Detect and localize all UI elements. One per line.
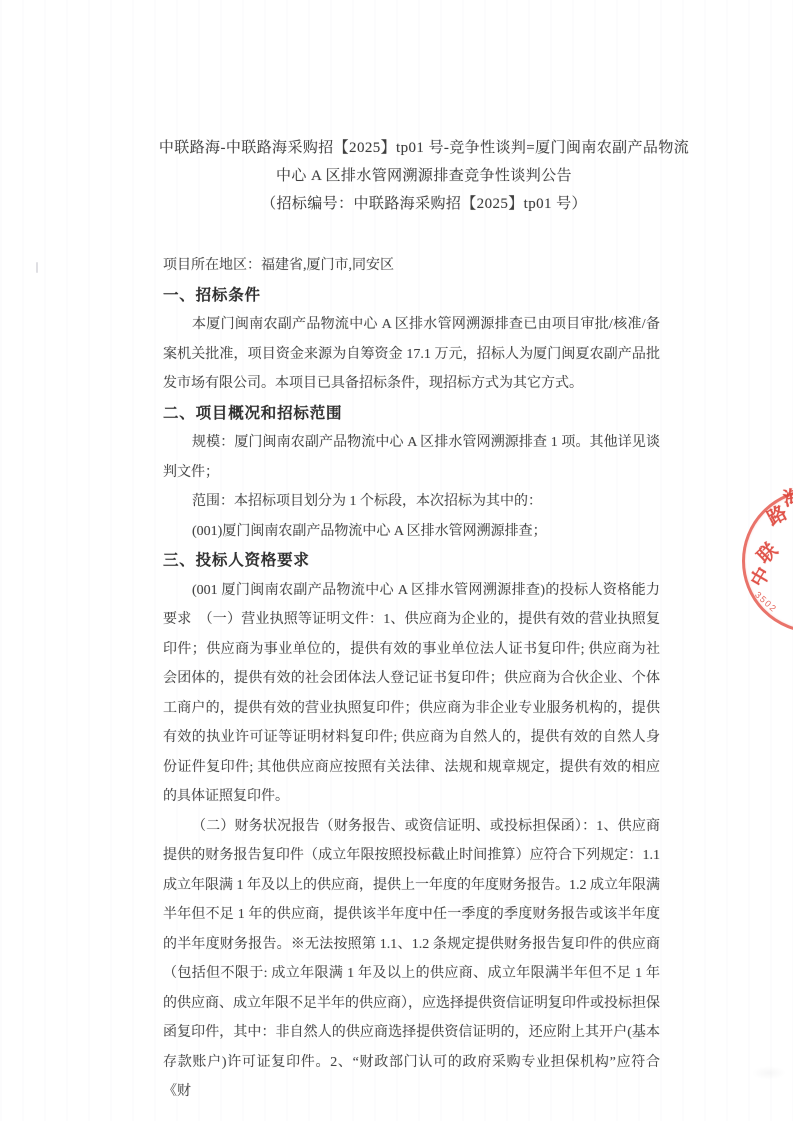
bid-number-line: （招标编号：中联路海采购招【2025】tp01 号） — [144, 190, 704, 218]
paragraph: 范围：本招标项目划分为 1 个标段，本次招标为其中的： — [163, 487, 660, 517]
document-title: 中联路海-中联路海采购招【2025】tp01 号-竞争性谈判=厦门闽南农副产品物… — [144, 134, 704, 218]
paragraph: 本厦门闽南农副产品物流中心 A 区排水管网溯源排查已由项目审批/核准/备案机关批… — [163, 310, 660, 399]
document-title-line-1: 中联路海-中联路海采购招【2025】tp01 号-竞争性谈判=厦门闽南农副产品物… — [144, 134, 704, 162]
document-page: 中联路海-中联路海采购招【2025】tp01 号-竞争性谈判=厦门闽南农副产品物… — [0, 0, 793, 1121]
section-heading: 一、招标条件 — [163, 281, 660, 311]
section-heading: 三、投标人资格要求 — [163, 546, 660, 576]
sections-container: 一、招标条件 本厦门闽南农副产品物流中心 A 区排水管网溯源排查已由项目审批/核… — [163, 281, 660, 1107]
paragraph: (001 厦门闽南农副产品物流中心 A 区排水管网溯源排查)的投标人资格能力要求… — [163, 576, 660, 812]
project-location: 项目所在地区：福建省,厦门市,同安区 — [163, 251, 660, 281]
scan-artifact — [752, 1066, 786, 1080]
document-title-line-2: 中心 A 区排水管网溯源排查竞争性谈判公告 — [144, 162, 704, 190]
document-body: 项目所在地区：福建省,厦门市,同安区 一、招标条件 本厦门闽南农副产品物流中心 … — [163, 251, 660, 1107]
paragraph: 规模：厦门闽南农副产品物流中心 A 区排水管网溯源排查 1 项。其他详见谈判文件… — [163, 428, 660, 487]
scan-artifact — [36, 262, 38, 273]
document-section-1: 一、招标条件 本厦门闽南农副产品物流中心 A 区排水管网溯源排查已由项目审批/核… — [163, 281, 660, 399]
document-section-2: 二、项目概况和招标范围 规模：厦门闽南农副产品物流中心 A 区排水管网溯源排查 … — [163, 399, 660, 547]
paragraph: （二）财务状况报告（财务报告、或资信证明、或投标担保函）：1、供应商提供的财务报… — [163, 812, 660, 1107]
document-section-3: 三、投标人资格要求 (001 厦门闽南农副产品物流中心 A 区排水管网溯源排查)… — [163, 546, 660, 1107]
paragraph: (001)厦门闽南农副产品物流中心 A 区排水管网溯源排查； — [163, 517, 660, 547]
section-heading: 二、项目概况和招标范围 — [163, 399, 660, 429]
